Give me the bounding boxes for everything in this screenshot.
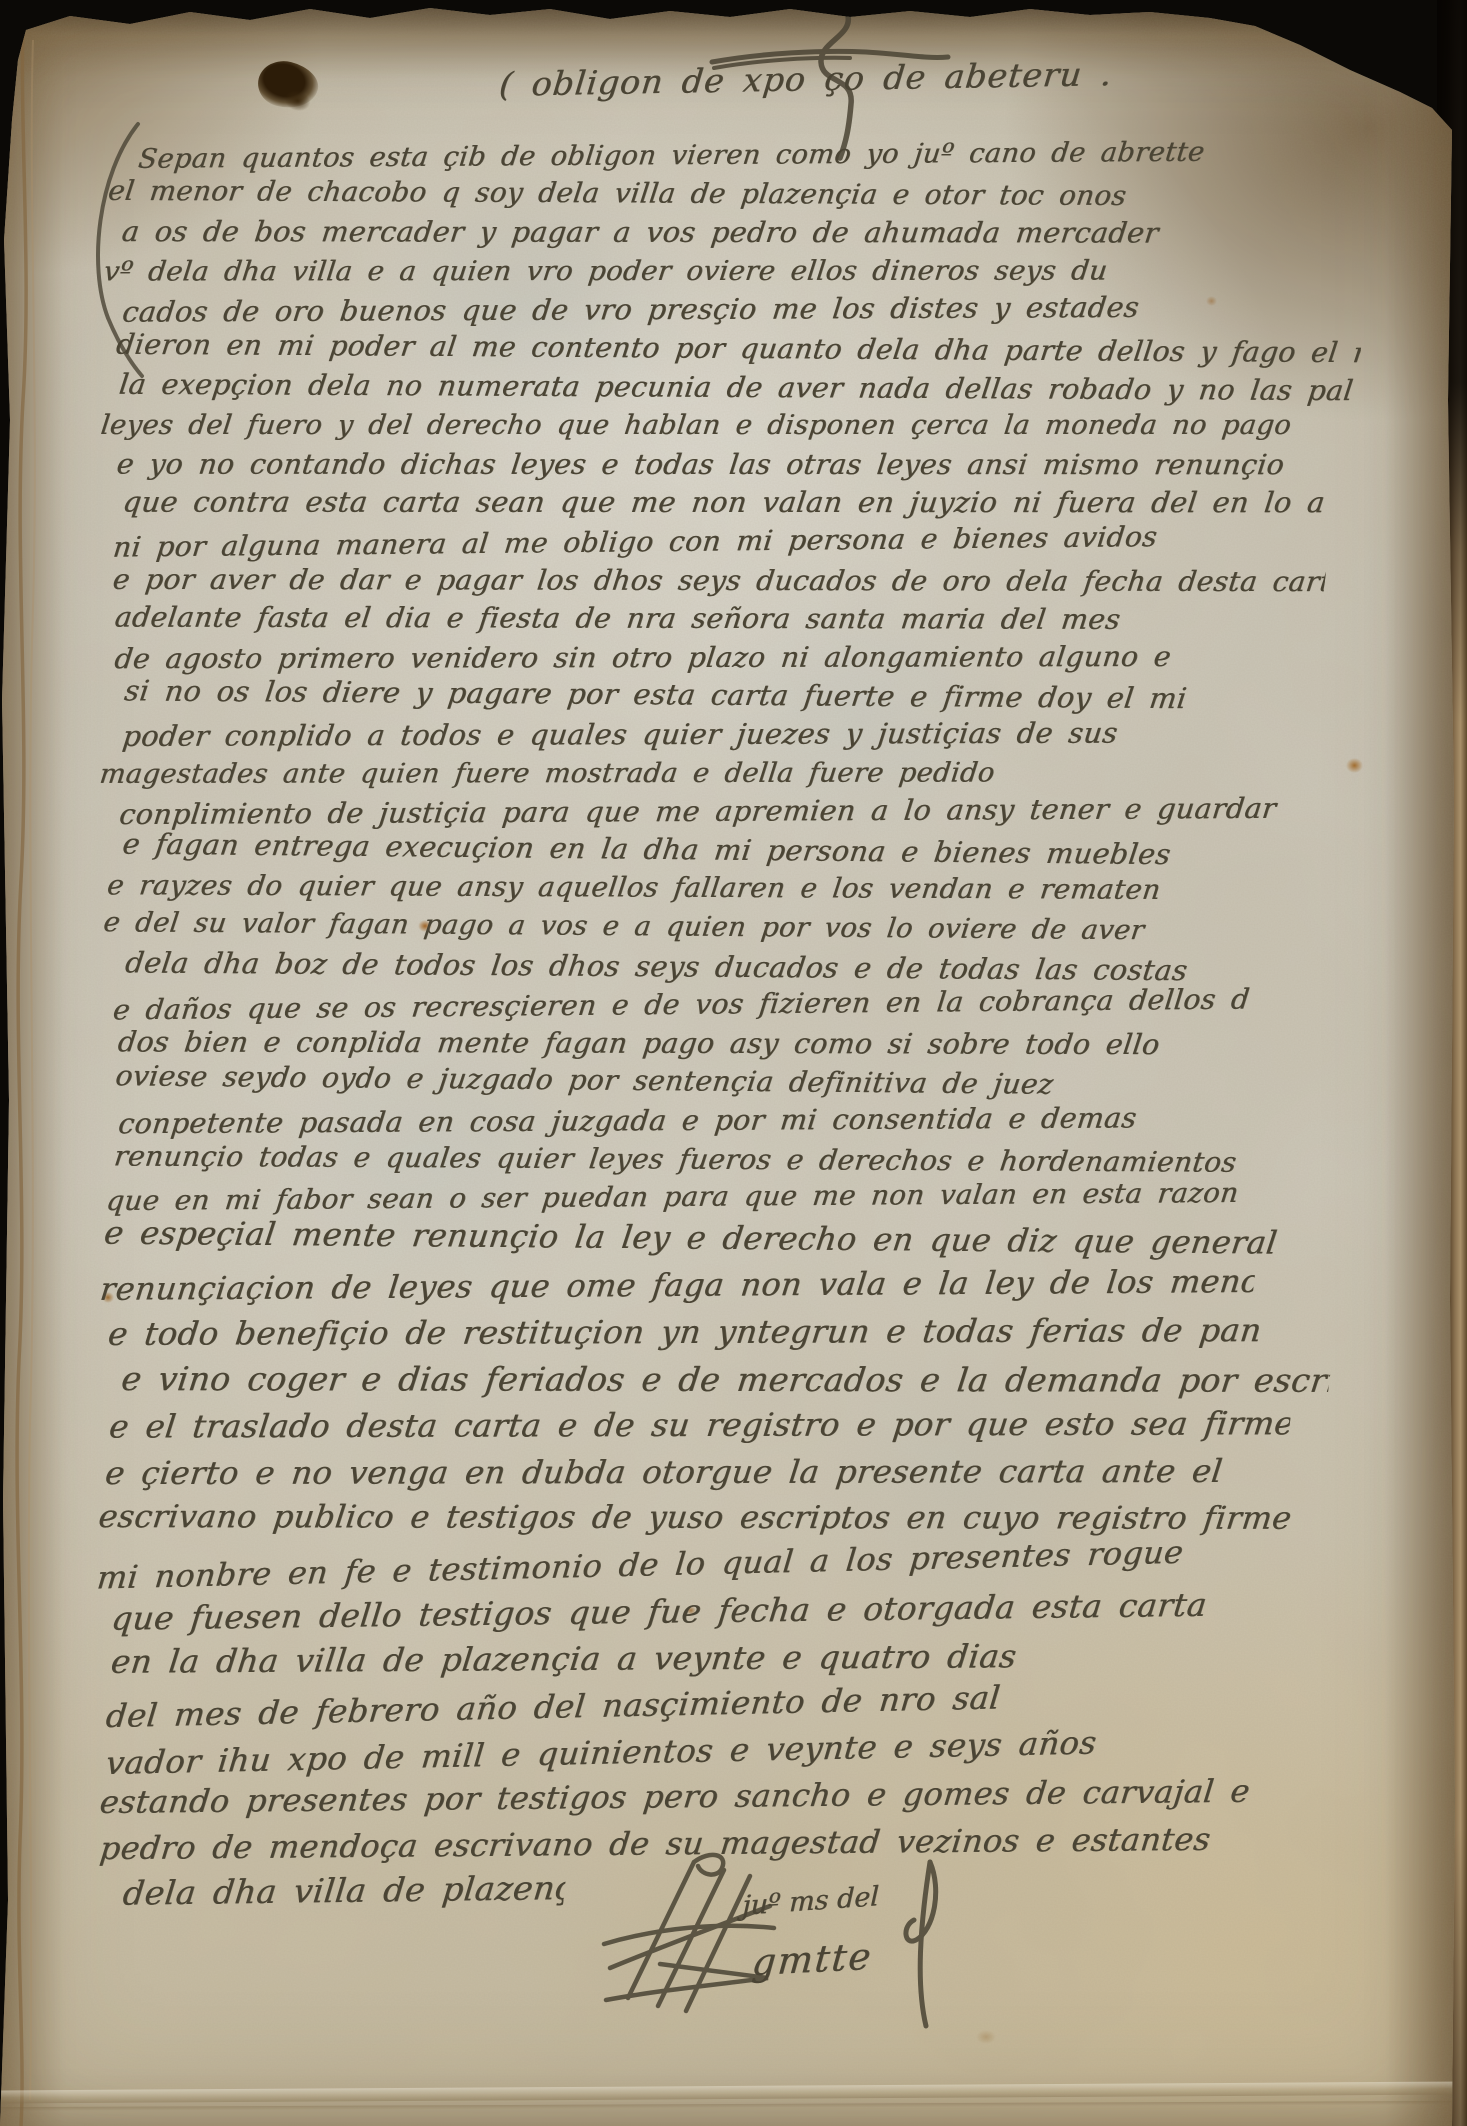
signature-flourish-icon — [880, 1842, 950, 2032]
notary-rubric-icon — [598, 1848, 788, 2023]
manuscript-page: ( obligon de xpo ço de abeteru . Sepan q… — [0, 0, 1455, 2126]
manuscript-line: e vino coger e dias feriados e de mercad… — [118, 1360, 1331, 1408]
manuscript-photo: ( obligon de xpo ço de abeteru . Sepan q… — [0, 0, 1467, 2126]
manuscript-line: e çierto e no venga en dubda otorgue la … — [103, 1452, 1294, 1500]
left-edge-crease — [0, 0, 70, 2126]
manuscript-line: renunçiaçion de leyes que ome faga non v… — [97, 1264, 1256, 1318]
manuscript-line: dela dha villa de plazençia — [120, 1869, 566, 1921]
manuscript-body: Sepan quantos esta çib de obligon vieren… — [104, 0, 1400, 2126]
manuscript-line: e todo benefiçio de restituçion yn ynteg… — [105, 1312, 1287, 1362]
signature-surname-line: gmtte — [750, 1935, 874, 1985]
manuscript-line: e el traslado desta carta e de su regist… — [106, 1405, 1292, 1454]
